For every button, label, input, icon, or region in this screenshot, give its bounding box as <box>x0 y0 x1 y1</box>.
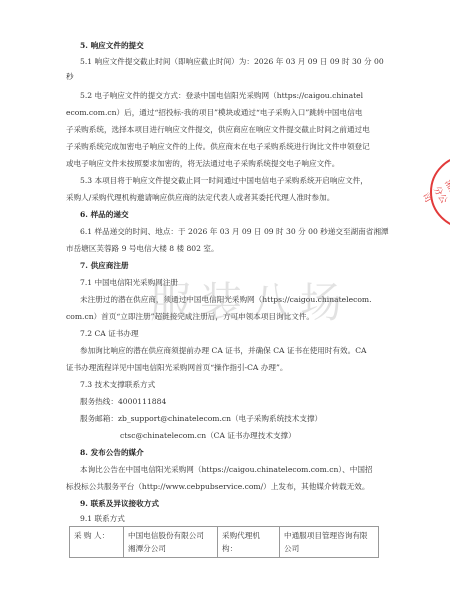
section-5-heading: 5. 响应文件的提交 <box>80 41 144 51</box>
para-5-1-line: 秒 <box>66 72 74 82</box>
contact-table: 采 购 人： 中国电信股份有限公司 湘潭分公司 采购代理机构： 中通服项目管理咨… <box>69 526 379 558</box>
service-hotline: 服务热线：4000111884 <box>80 397 166 407</box>
para-6-1-line: 市岳塘区芙蓉路 9 号电信大楼 8 楼 802 室。 <box>66 244 219 254</box>
para-5-2-line: 或电子响应文件未按照要求加密的，将无法通过电子采购系统提交电子响应文件。 <box>66 159 339 169</box>
para-7-2-line: 参加询比响应的潜在供应商须提前办理 CA 证书，并确保 CA 证书在使用时有效。… <box>80 346 367 356</box>
purchaser-value-line: 中国电信股份有限公司 <box>128 529 213 542</box>
para-7-3-title: 7.3 技术支撑联系方式 <box>80 380 155 390</box>
watermark: 服装八场 <box>150 270 350 330</box>
para-7-2-title: 7.2 CA 证书办理 <box>80 329 139 339</box>
para-9-1-title: 9.1 联系方式 <box>80 514 125 524</box>
purchaser-value: 中国电信股份有限公司 湘潭分公司 <box>124 527 218 558</box>
service-email-1: 服务邮箱：zb_support@chinatelecom.cn（电子采购系统技术… <box>80 414 322 424</box>
section-8-heading: 8. 发布公告的媒介 <box>80 448 144 458</box>
para-8-line: 本询比公告在中国电信阳光采购网（https://caigou.chinatele… <box>80 465 373 475</box>
para-5-3-line: 采购人/采购代理机构邀请响应供应商的法定代表人或者其委托代理人准时参加。 <box>66 193 334 203</box>
para-5-2-line: ecom.com.cn）后，通过“招投标-我的项目”模块或通过“电子采购入口”跳… <box>66 108 362 118</box>
section-6-heading: 6. 样品的递交 <box>80 210 129 220</box>
document-page: 5. 响应文件的提交 5.1 响应文件提交截止时间（即响应截止时间）为：2026… <box>0 0 450 600</box>
agency-value-line: 公司 <box>284 542 374 555</box>
table-row: 采 购 人： 中国电信股份有限公司 湘潭分公司 采购代理机构： 中通服项目管理咨… <box>70 527 379 558</box>
para-6-1-line: 6.1 样品递交的时间、地点：于 2026 年 03 月 09 日 09 时 3… <box>80 227 389 237</box>
section-7-heading: 7. 供应商注册 <box>80 261 129 271</box>
agency-value-line: 中通服项目管理咨询有限 <box>284 529 374 542</box>
purchaser-label: 采 购 人： <box>70 527 124 558</box>
para-5-2-line: 子采购系统，选择本项目进行响应文件提交，供应商应在响应文件提交截止时间之前通过电 <box>66 125 370 135</box>
purchaser-value-line: 湘潭分公司 <box>128 542 213 555</box>
agency-label: 采购代理机构： <box>218 527 280 558</box>
para-5-2-line: 5.2 电子响应文件的提交方式：登录中国电信阳光采购网（https://caig… <box>80 91 363 101</box>
para-8-line: 标投标公共服务平台（http://www.cebpubservice.com/）… <box>66 482 370 492</box>
section-9-heading: 9. 联系及异议接收方式 <box>80 499 159 509</box>
para-5-1-line: 5.1 响应文件提交截止时间（即响应截止时间）为：2026 年 03 月 09 … <box>80 57 384 67</box>
para-5-3-line: 5.3 本项目将于响应文件提交截止同一时间通过中国电信电子采购系统开启响应文件， <box>80 176 368 186</box>
para-5-2-line: 子采购系统完成加密电子响应文件的上传。供应商未在电子采购系统进行询比文件申领登记 <box>66 142 370 152</box>
agency-value: 中通服项目管理咨询有限 公司 <box>280 527 379 558</box>
para-7-2-line: 证书办理流程详见中国电信阳光采购网首页“操作指引-CA 办理”。 <box>66 363 287 373</box>
service-email-2: ctsc@chinatelecom.cn（CA 证书办理技术支撑） <box>120 431 296 441</box>
